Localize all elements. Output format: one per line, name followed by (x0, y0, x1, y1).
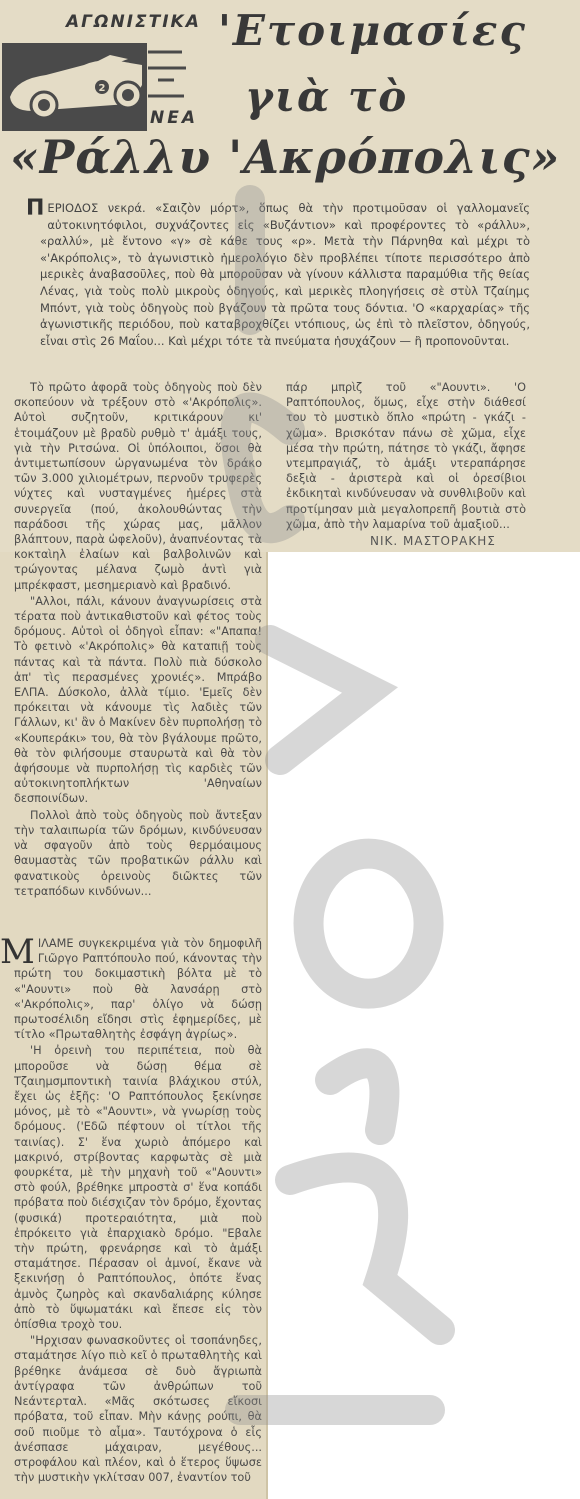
paragraph: 'Η ὀρεινὴ του περιπέτεια, ποὺ θὰ μποροῦσ… (14, 1043, 262, 1332)
section-label-top: ΑΓΩΝΙΣΤΙΚΑ (66, 12, 201, 32)
section-logo: ΑΓΩΝΙΣΤΙΚΑ 2 ΝΕΑ (0, 8, 210, 136)
paragraph: "Ηρχισαν φωνασκοῦντες οἱ τσοπάνηδες, στα… (14, 1333, 262, 1485)
svg-text:2: 2 (99, 83, 106, 94)
article-column-left: Τὸ πρῶτο ἀφορᾶ τοὺς ὁδηγοὺς ποὺ δὲν σκοπ… (14, 380, 262, 900)
paragraph: ΜΙΛΑΜΕ συγκεκριμένα γιὰ τὸν δημοφιλῆ Γιῶ… (14, 936, 262, 1042)
section-label-bottom: ΝΕΑ (150, 108, 198, 128)
paragraph: πάρ μπρὶζ τοῦ «"Αουντι». 'Ο Ραπτόπουλος,… (286, 380, 526, 532)
article-column-right: πάρ μπρὶζ τοῦ «"Αουντι». 'Ο Ραπτόπουλος,… (286, 380, 526, 533)
speed-lines-icon (148, 48, 188, 108)
headline-line-2: γιὰ τὸ (245, 72, 408, 121)
paragraph: "Αλλοι, πάλι, κάνουν ἀναγνωρίσεις στὰ τέ… (14, 594, 262, 807)
lead-dropcap: Π (26, 200, 44, 218)
section-dropcap: Μ (0, 938, 35, 966)
lead-text: ΕΡΙΟΔΟΣ νεκρά. «Σαιζὸν μόρτ», ὅπως θὰ τὴ… (40, 201, 530, 348)
article-column-left-continued: ΜΙΛΑΜΕ συγκεκριμένα γιὰ τὸν δημοφιλῆ Γιῶ… (14, 936, 262, 1486)
paragraph: Τὸ πρῶτο ἀφορᾶ τοὺς ὁδηγοὺς ποὺ δὲν σκοπ… (14, 380, 262, 593)
headline-line-3: «Ράλλυ 'Ακρόπολις» (10, 130, 560, 184)
paragraph: Πολλοὶ ἀπὸ τοὺς ὁδηγοὺς ποὺ ἄντεξαν τὴν … (14, 808, 262, 899)
author-byline: ΝΙΚ. ΜΑΣΤΟΡΑΚΗΣ (370, 534, 496, 548)
headline-line-1: 'Ετοιμασίες (218, 6, 527, 55)
lead-paragraph: ΠΕΡΙΟΔΟΣ νεκρά. «Σαιζὸν μόρτ», ὅπως θὰ τ… (40, 200, 530, 349)
race-car-icon: 2 (2, 35, 152, 135)
